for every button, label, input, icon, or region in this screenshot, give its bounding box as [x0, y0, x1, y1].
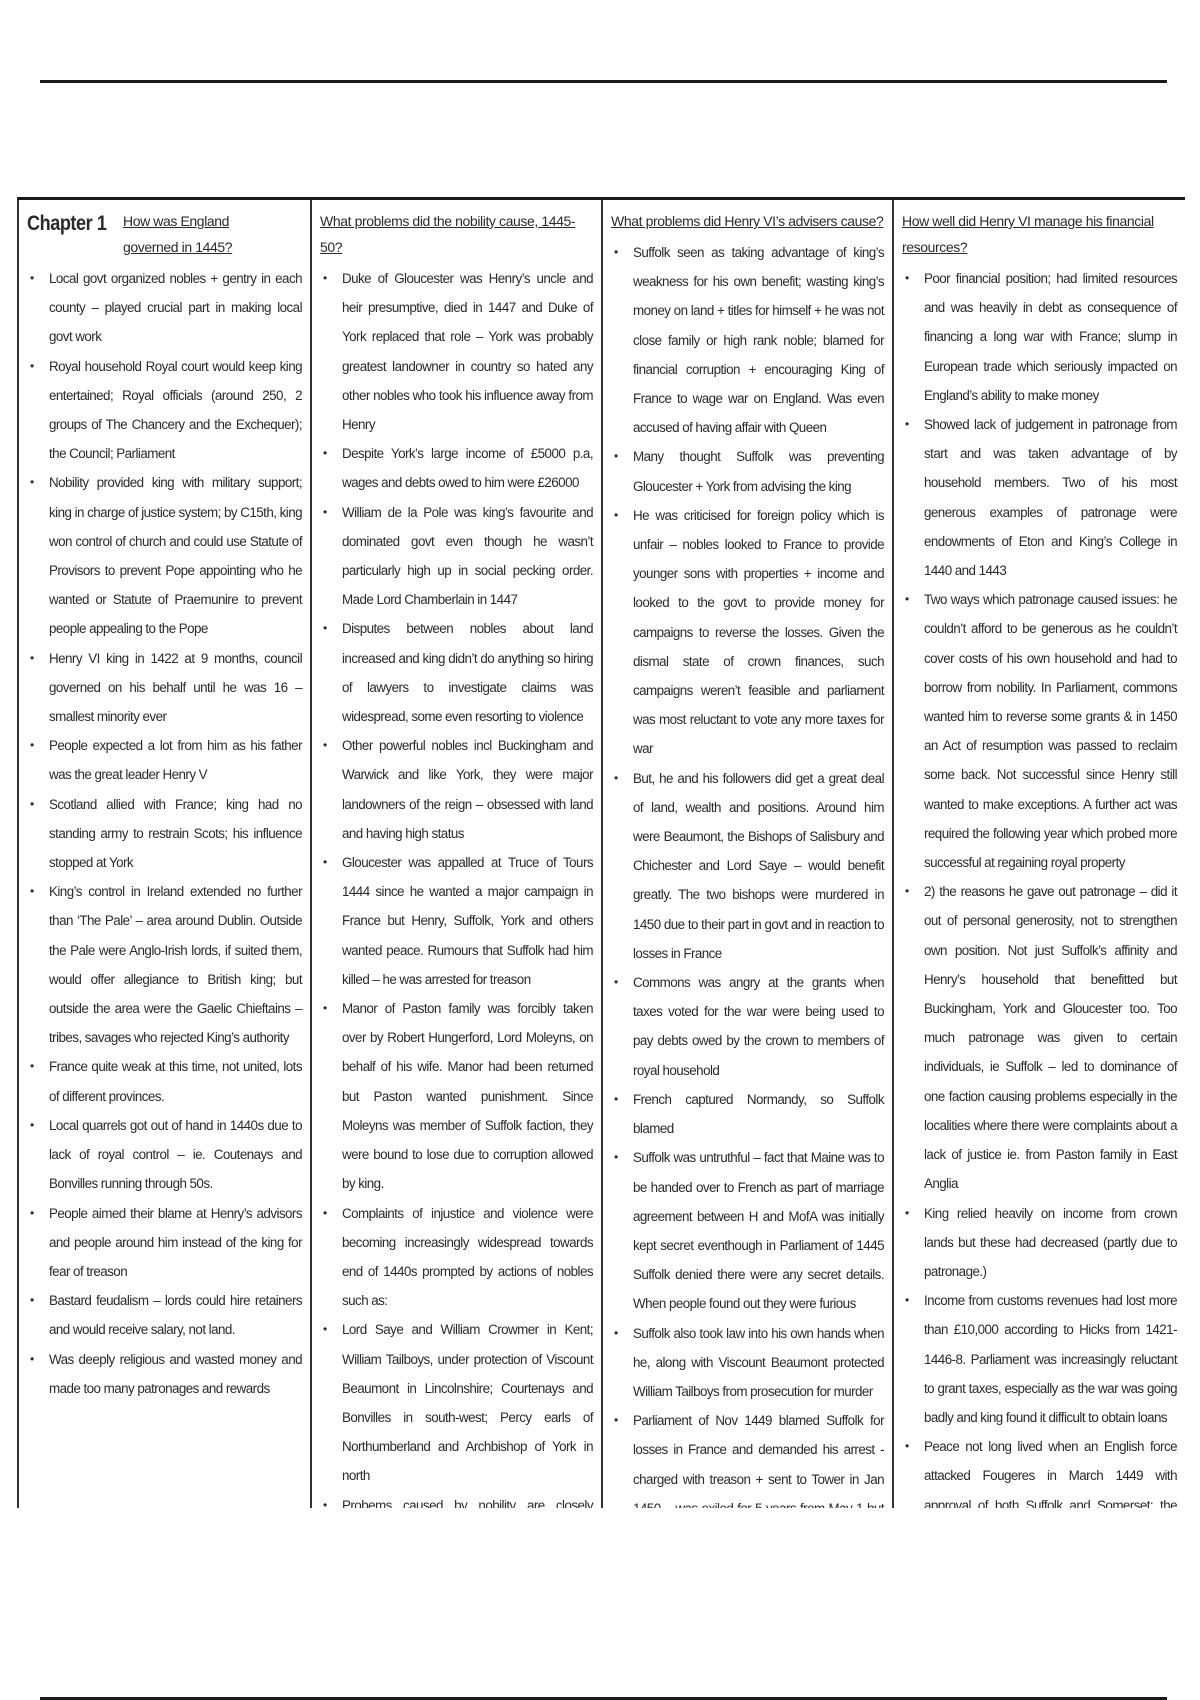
list-item: Peace not long lived when an English for… — [902, 1432, 1177, 1508]
list-item: Income from customs revenues had lost mo… — [902, 1286, 1177, 1432]
list-item: Many thought Suffolk was preventing Glou… — [611, 442, 884, 500]
column-title: How was England governed in 1445? — [123, 208, 283, 260]
column-title: How well did Henry VI manage his financi… — [902, 208, 1177, 260]
list-item: Poor financial position; had limited res… — [902, 264, 1177, 410]
column-title: What problems did the nobility cause, 14… — [320, 208, 593, 260]
list-item: Showed lack of judgement in patronage fr… — [902, 410, 1177, 585]
list-item: Manor of Paston family was forcibly take… — [320, 994, 593, 1198]
column-header: How well did Henry VI manage his financi… — [902, 208, 1177, 260]
list-item: Commons was angry at the grants when tax… — [611, 968, 884, 1085]
list-item: Despite York’s large income of £5000 p.a… — [320, 439, 593, 497]
list-item: Other powerful nobles incl Buckingham an… — [320, 731, 593, 848]
list-item: Parliament of Nov 1449 blamed Suffolk fo… — [611, 1406, 884, 1508]
column-header: What problems did Henry VI’s advisers ca… — [611, 208, 884, 234]
column-title: What problems did Henry VI’s advisers ca… — [611, 208, 883, 234]
list-item: 2) the reasons he gave out patronage – d… — [902, 877, 1177, 1198]
list-item: Bastard feudalism – lords could hire ret… — [27, 1286, 302, 1344]
list-item: He was criticised for foreign policy whi… — [611, 501, 884, 764]
list-item: Suffolk also took law into his own hands… — [611, 1319, 884, 1407]
list-item: Local govt organized nobles + gentry in … — [27, 264, 302, 352]
column-header: What problems did the nobility cause, 14… — [320, 208, 593, 260]
list-item: Two ways which patronage caused issues: … — [902, 585, 1177, 877]
column-advisers: What problems did Henry VI’s advisers ca… — [601, 200, 892, 1508]
list-item: People expected a lot from him as his fa… — [27, 731, 302, 789]
top-horizontal-rule — [40, 80, 1167, 83]
column-finances: How well did Henry VI manage his financi… — [892, 200, 1185, 1508]
list-item: People aimed their blame at Henry’s advi… — [27, 1199, 302, 1287]
list-item: Royal household Royal court would keep k… — [27, 352, 302, 469]
list-item: Suffolk was untruthful – fact that Maine… — [611, 1143, 884, 1318]
list-item: Was deeply religious and wasted money an… — [27, 1345, 302, 1403]
list-item: Probems caused by nobility are closely c… — [320, 1491, 593, 1508]
list-item: Duke of Gloucester was Henry’s uncle and… — [320, 264, 593, 439]
revision-notes-table: Chapter 1 How was England governed in 14… — [17, 197, 1185, 1508]
list-item: Suffolk seen as taking advantage of king… — [611, 238, 884, 442]
column-header: Chapter 1 How was England governed in 14… — [27, 208, 302, 260]
list-item: King’s control in Ireland extended no fu… — [27, 877, 302, 1052]
list-item: Lord Saye and William Crowmer in Kent; W… — [320, 1315, 593, 1490]
list-item: Local quarrels got out of hand in 1440s … — [27, 1111, 302, 1199]
bullet-list: Local govt organized nobles + gentry in … — [27, 264, 302, 1403]
list-item: Henry VI king in 1422 at 9 months, counc… — [27, 644, 302, 732]
list-item: But, he and his followers did get a grea… — [611, 764, 884, 968]
list-item: Gloucester was appalled at Truce of Tour… — [320, 848, 593, 994]
bullet-list: Suffolk seen as taking advantage of king… — [611, 238, 884, 1508]
column-nobility: What problems did the nobility cause, 14… — [310, 200, 601, 1508]
chapter-label: Chapter 1 — [27, 212, 101, 236]
list-item: Scotland allied with France; king had no… — [27, 790, 302, 878]
bullet-list: Duke of Gloucester was Henry’s uncle and… — [320, 264, 593, 1508]
list-item: French captured Normandy, so Suffolk bla… — [611, 1085, 884, 1143]
list-item: King relied heavily on income from crown… — [902, 1199, 1177, 1287]
list-item: Disputes between nobles about land incre… — [320, 614, 593, 731]
list-item: France quite weak at this time, not unit… — [27, 1052, 302, 1110]
column-governance: Chapter 1 How was England governed in 14… — [17, 200, 310, 1508]
list-item: William de la Pole was king’s favourite … — [320, 498, 593, 615]
list-item: Nobility provided king with military sup… — [27, 468, 302, 643]
list-item: Complaints of injustice and violence wer… — [320, 1199, 593, 1316]
bullet-list: Poor financial position; had limited res… — [902, 264, 1177, 1508]
